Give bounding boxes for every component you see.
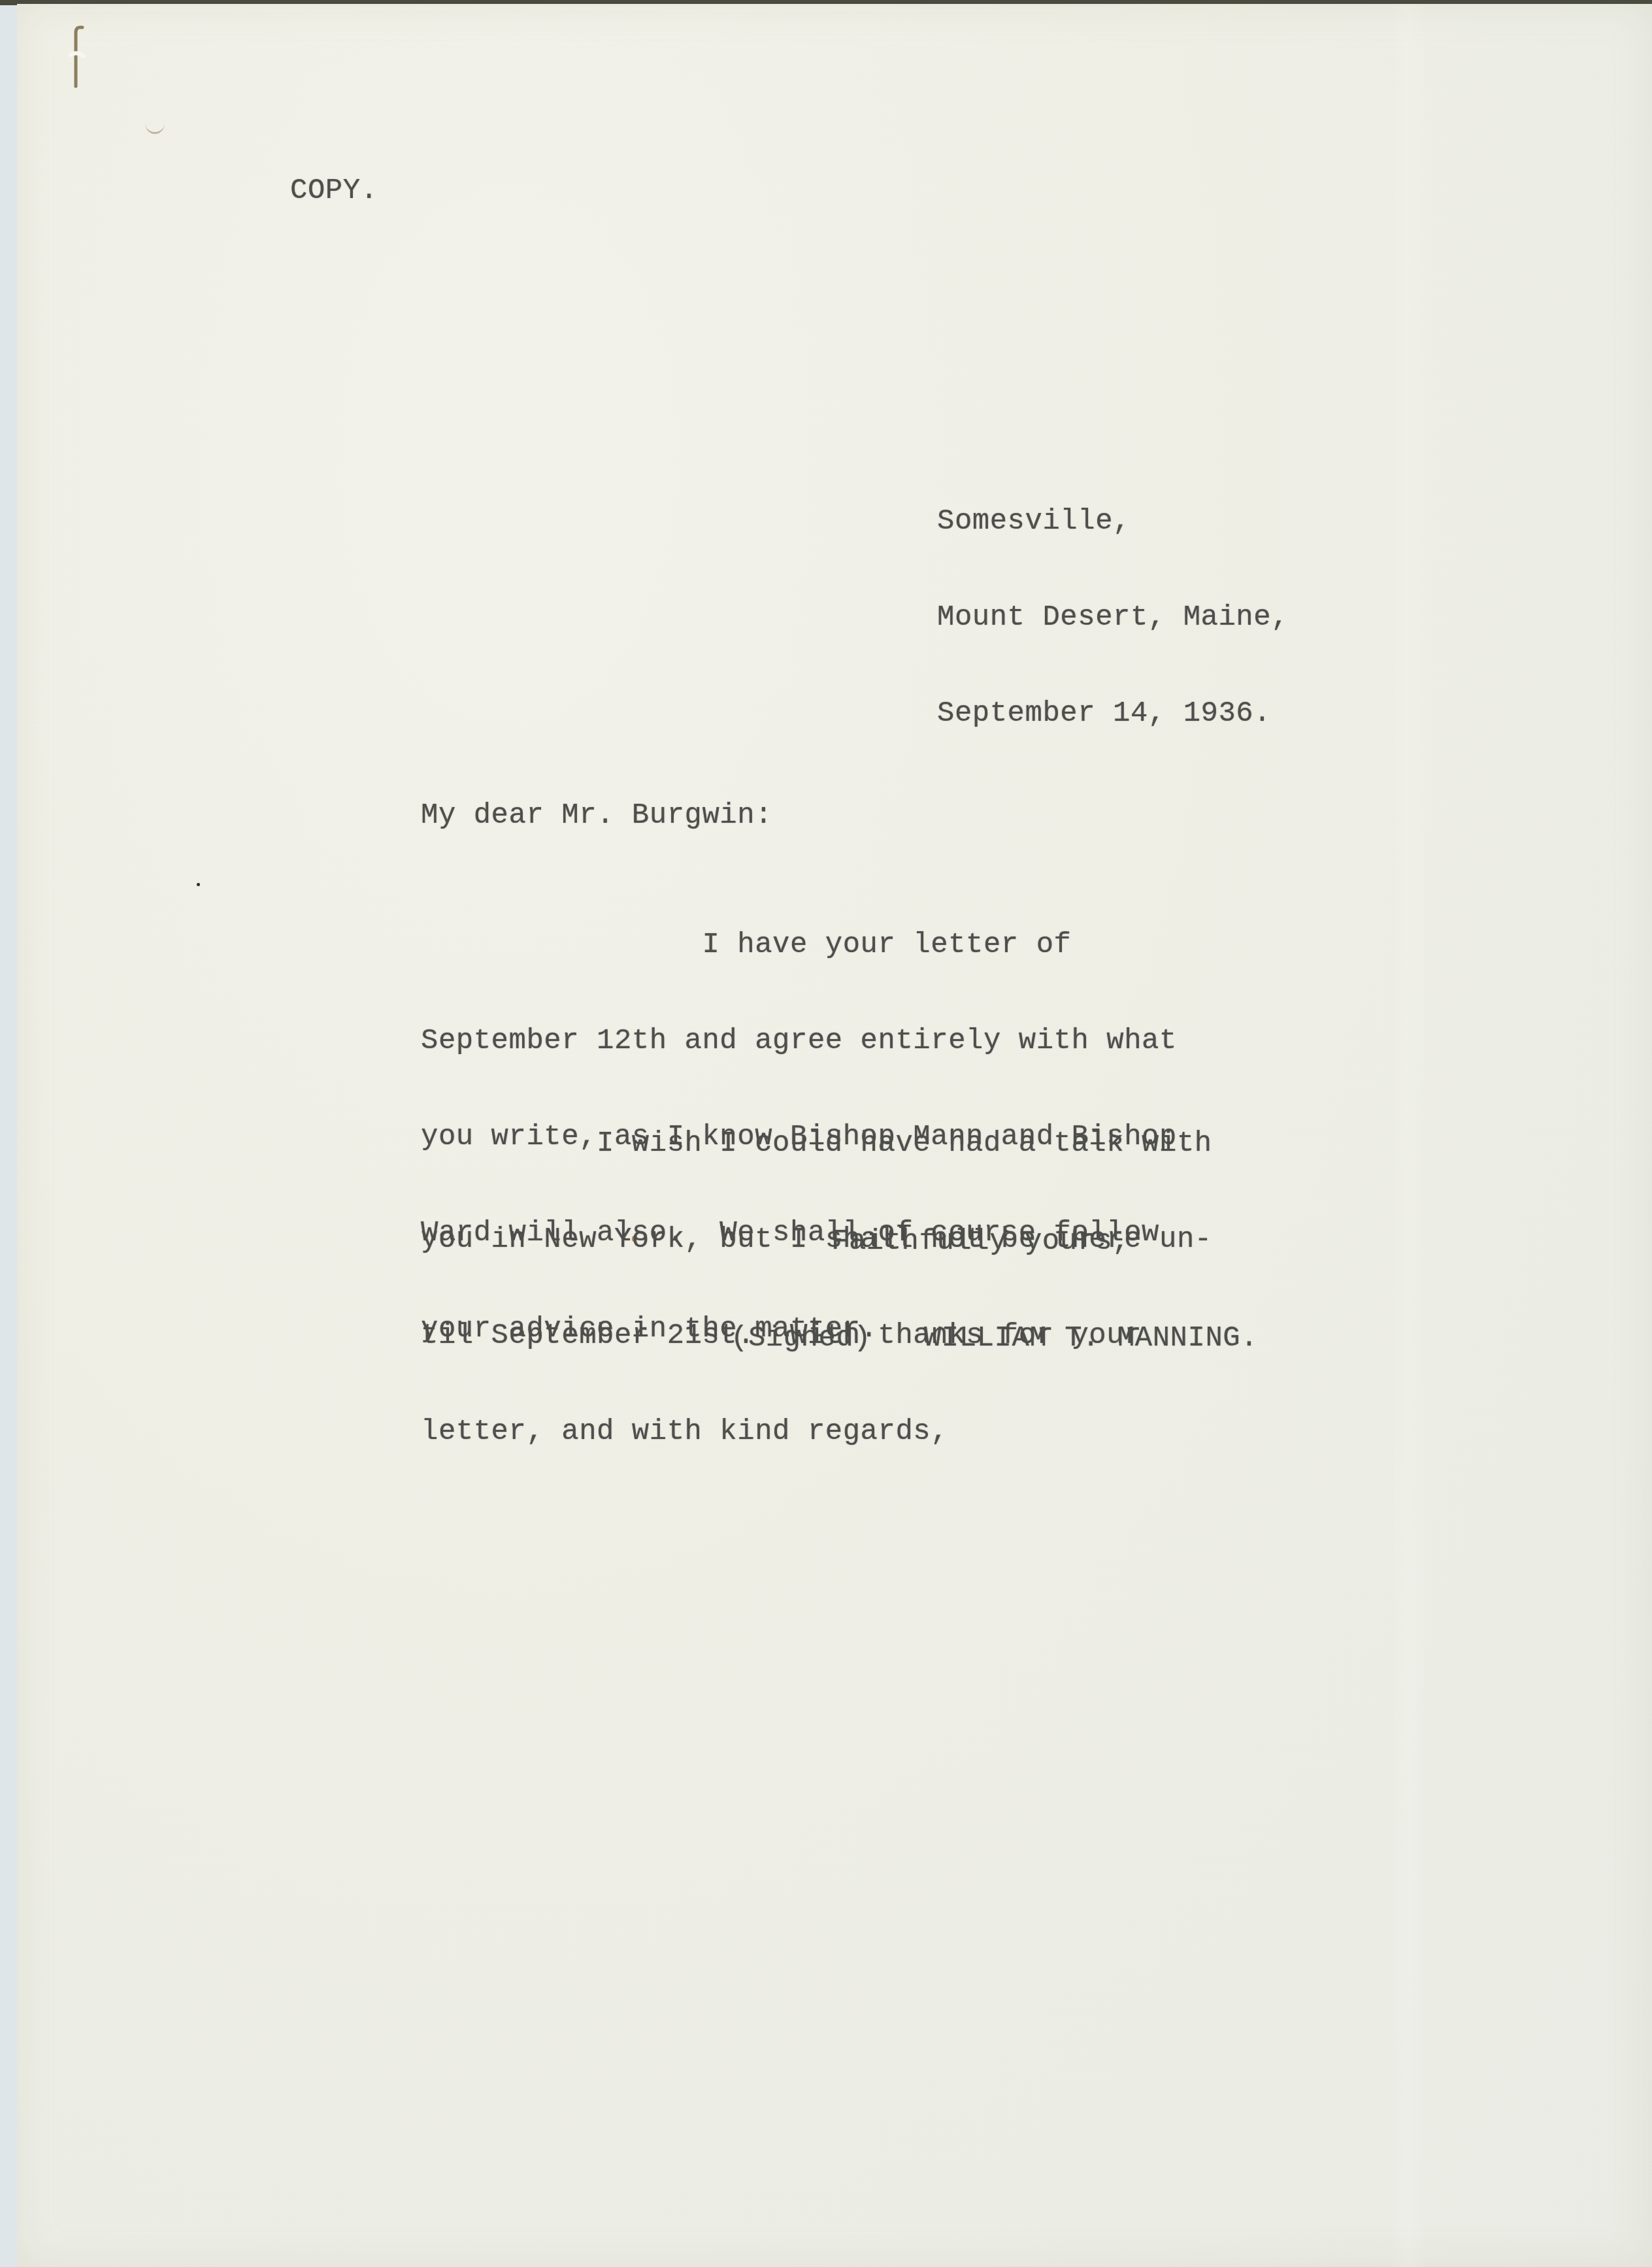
body-paragraph-2: I wish I could have had a talk with you … — [421, 1064, 1212, 1512]
address-line: Mount Desert, Maine, — [937, 602, 1289, 634]
scanner-background-left — [0, 0, 17, 2267]
paragraph-line: I wish I could have had a talk with — [421, 1128, 1212, 1160]
paper-puncture-mark — [145, 112, 165, 134]
copy-label: COPY. — [290, 175, 378, 207]
signed-prefix: (Signed) — [731, 1322, 871, 1355]
letter-date: September 14, 1936. — [937, 698, 1289, 730]
paper-crease — [1389, 4, 1429, 2267]
salutation: My dear Mr. Burgwin: — [421, 800, 772, 832]
complimentary-close: Faithfully yours, — [831, 1226, 1130, 1258]
paragraph-line: I have your letter of — [421, 929, 1177, 961]
paragraph-line: letter, and with kind regards, — [421, 1416, 1212, 1448]
signer-name: WILLIAM T. MANNING. — [924, 1322, 1258, 1355]
ink-speck — [197, 883, 200, 886]
sender-address: Somesville, Mount Desert, Maine, Septemb… — [937, 442, 1289, 794]
staple-icon — [68, 25, 86, 89]
paragraph-line: September 12th and agree entirely with w… — [421, 1025, 1177, 1057]
signature-block: (Signed) WILLIAM T. MANNING. — [731, 1323, 1258, 1355]
letter-page: COPY. Somesville, Mount Desert, Maine, S… — [17, 4, 1652, 2267]
address-line: Somesville, — [937, 506, 1289, 538]
